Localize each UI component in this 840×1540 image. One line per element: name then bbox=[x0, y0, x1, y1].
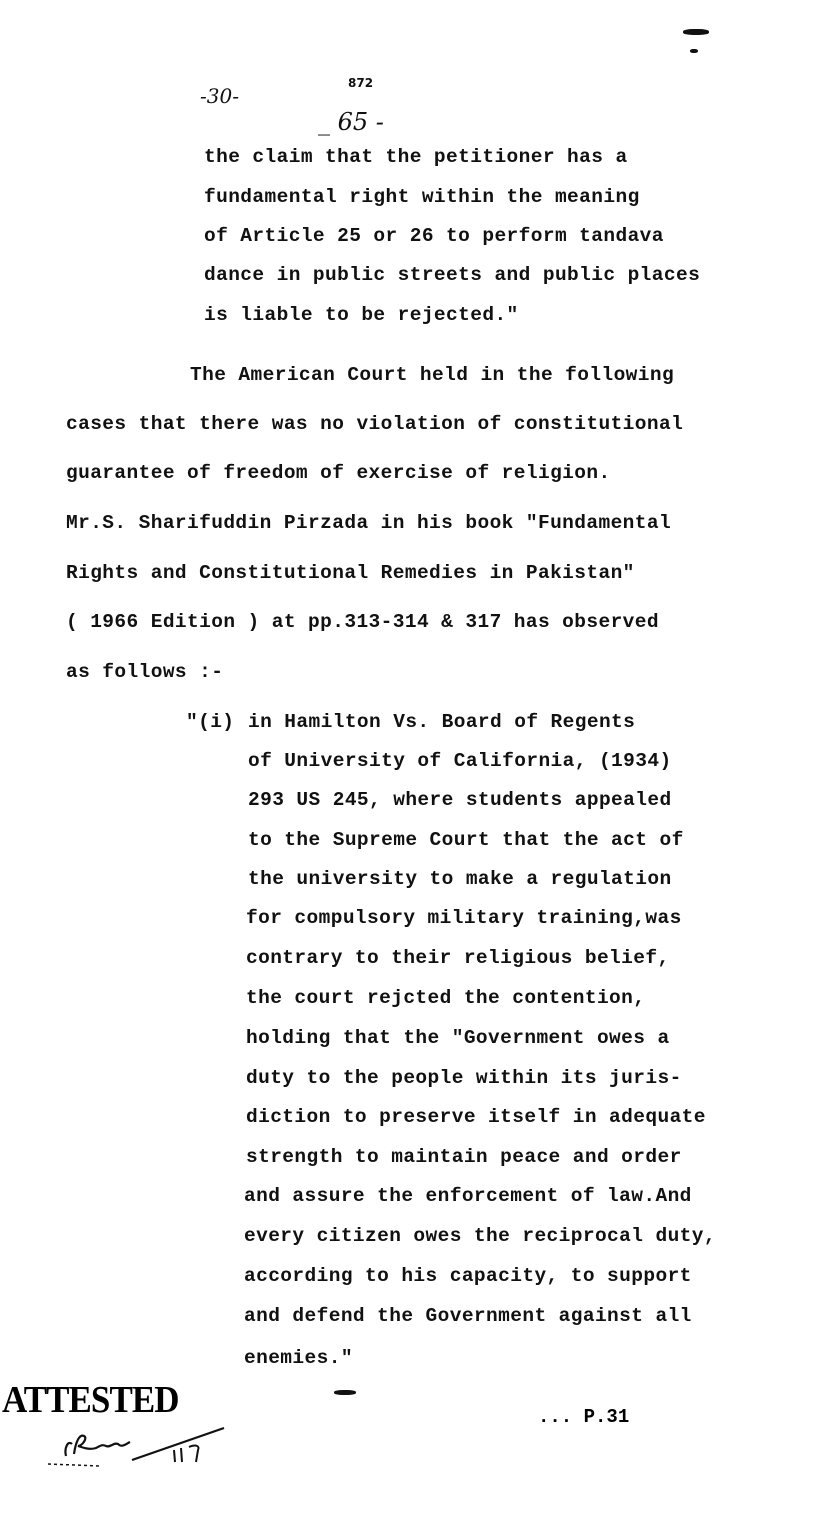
scan-smudge bbox=[683, 29, 709, 35]
page-number-typed: -30- bbox=[200, 84, 239, 108]
scan-smudge bbox=[334, 1390, 356, 1395]
text-line: for compulsory military training,was bbox=[246, 907, 682, 929]
document-page: -30- 872 _ 65 - the claim that the petit… bbox=[0, 0, 840, 1540]
text-line: of Article 25 or 26 to perform tandava bbox=[204, 225, 664, 247]
signature-icon bbox=[40, 1420, 240, 1470]
text-line: The American Court held in the following bbox=[190, 364, 674, 386]
page-number-handwritten: _ 65 - bbox=[318, 108, 384, 136]
list-marker: "(i) bbox=[186, 711, 234, 733]
continuation-marker: ... P.31 bbox=[538, 1406, 629, 1428]
text-line: enemies." bbox=[244, 1347, 353, 1369]
text-line: as follows :- bbox=[66, 661, 223, 683]
text-line: fundamental right within the meaning bbox=[204, 186, 640, 208]
text-line: is liable to be rejected." bbox=[204, 304, 519, 326]
text-line: and assure the enforcement of law.And bbox=[244, 1185, 692, 1207]
text-line: every citizen owes the reciprocal duty, bbox=[244, 1225, 716, 1247]
text-line: according to his capacity, to support bbox=[244, 1265, 692, 1287]
scan-smudge bbox=[690, 49, 698, 53]
text-line: contrary to their religious belief, bbox=[246, 947, 670, 969]
text-line: in Hamilton Vs. Board of Regents bbox=[248, 711, 635, 733]
text-line: ( 1966 Edition ) at pp.313-314 & 317 has… bbox=[66, 611, 659, 633]
text-line: of University of California, (1934) bbox=[248, 750, 672, 772]
text-line: the university to make a regulation bbox=[248, 868, 672, 890]
text-line: Rights and Constitutional Remedies in Pa… bbox=[66, 562, 635, 584]
attested-stamp: ATTESTED bbox=[2, 1378, 179, 1422]
text-line: the claim that the petitioner has a bbox=[204, 146, 628, 168]
text-line: duty to the people within its juris- bbox=[246, 1067, 682, 1089]
text-line: holding that the "Government owes a bbox=[246, 1027, 670, 1049]
text-line: cases that there was no violation of con… bbox=[66, 413, 683, 435]
text-line: dance in public streets and public place… bbox=[204, 264, 700, 286]
text-line: strength to maintain peace and order bbox=[246, 1146, 682, 1168]
text-line: 293 US 245, where students appealed bbox=[248, 789, 672, 811]
text-line: and defend the Government against all bbox=[244, 1305, 692, 1327]
text-line: Mr.S. Sharifuddin Pirzada in his book "F… bbox=[66, 512, 671, 534]
text-line: diction to preserve itself in adequate bbox=[246, 1106, 706, 1128]
text-line: the court rejcted the contention, bbox=[246, 987, 645, 1009]
page-stamp-number: 872 bbox=[348, 76, 373, 90]
text-line: guarantee of freedom of exercise of reli… bbox=[66, 462, 611, 484]
text-line: to the Supreme Court that the act of bbox=[248, 829, 684, 851]
